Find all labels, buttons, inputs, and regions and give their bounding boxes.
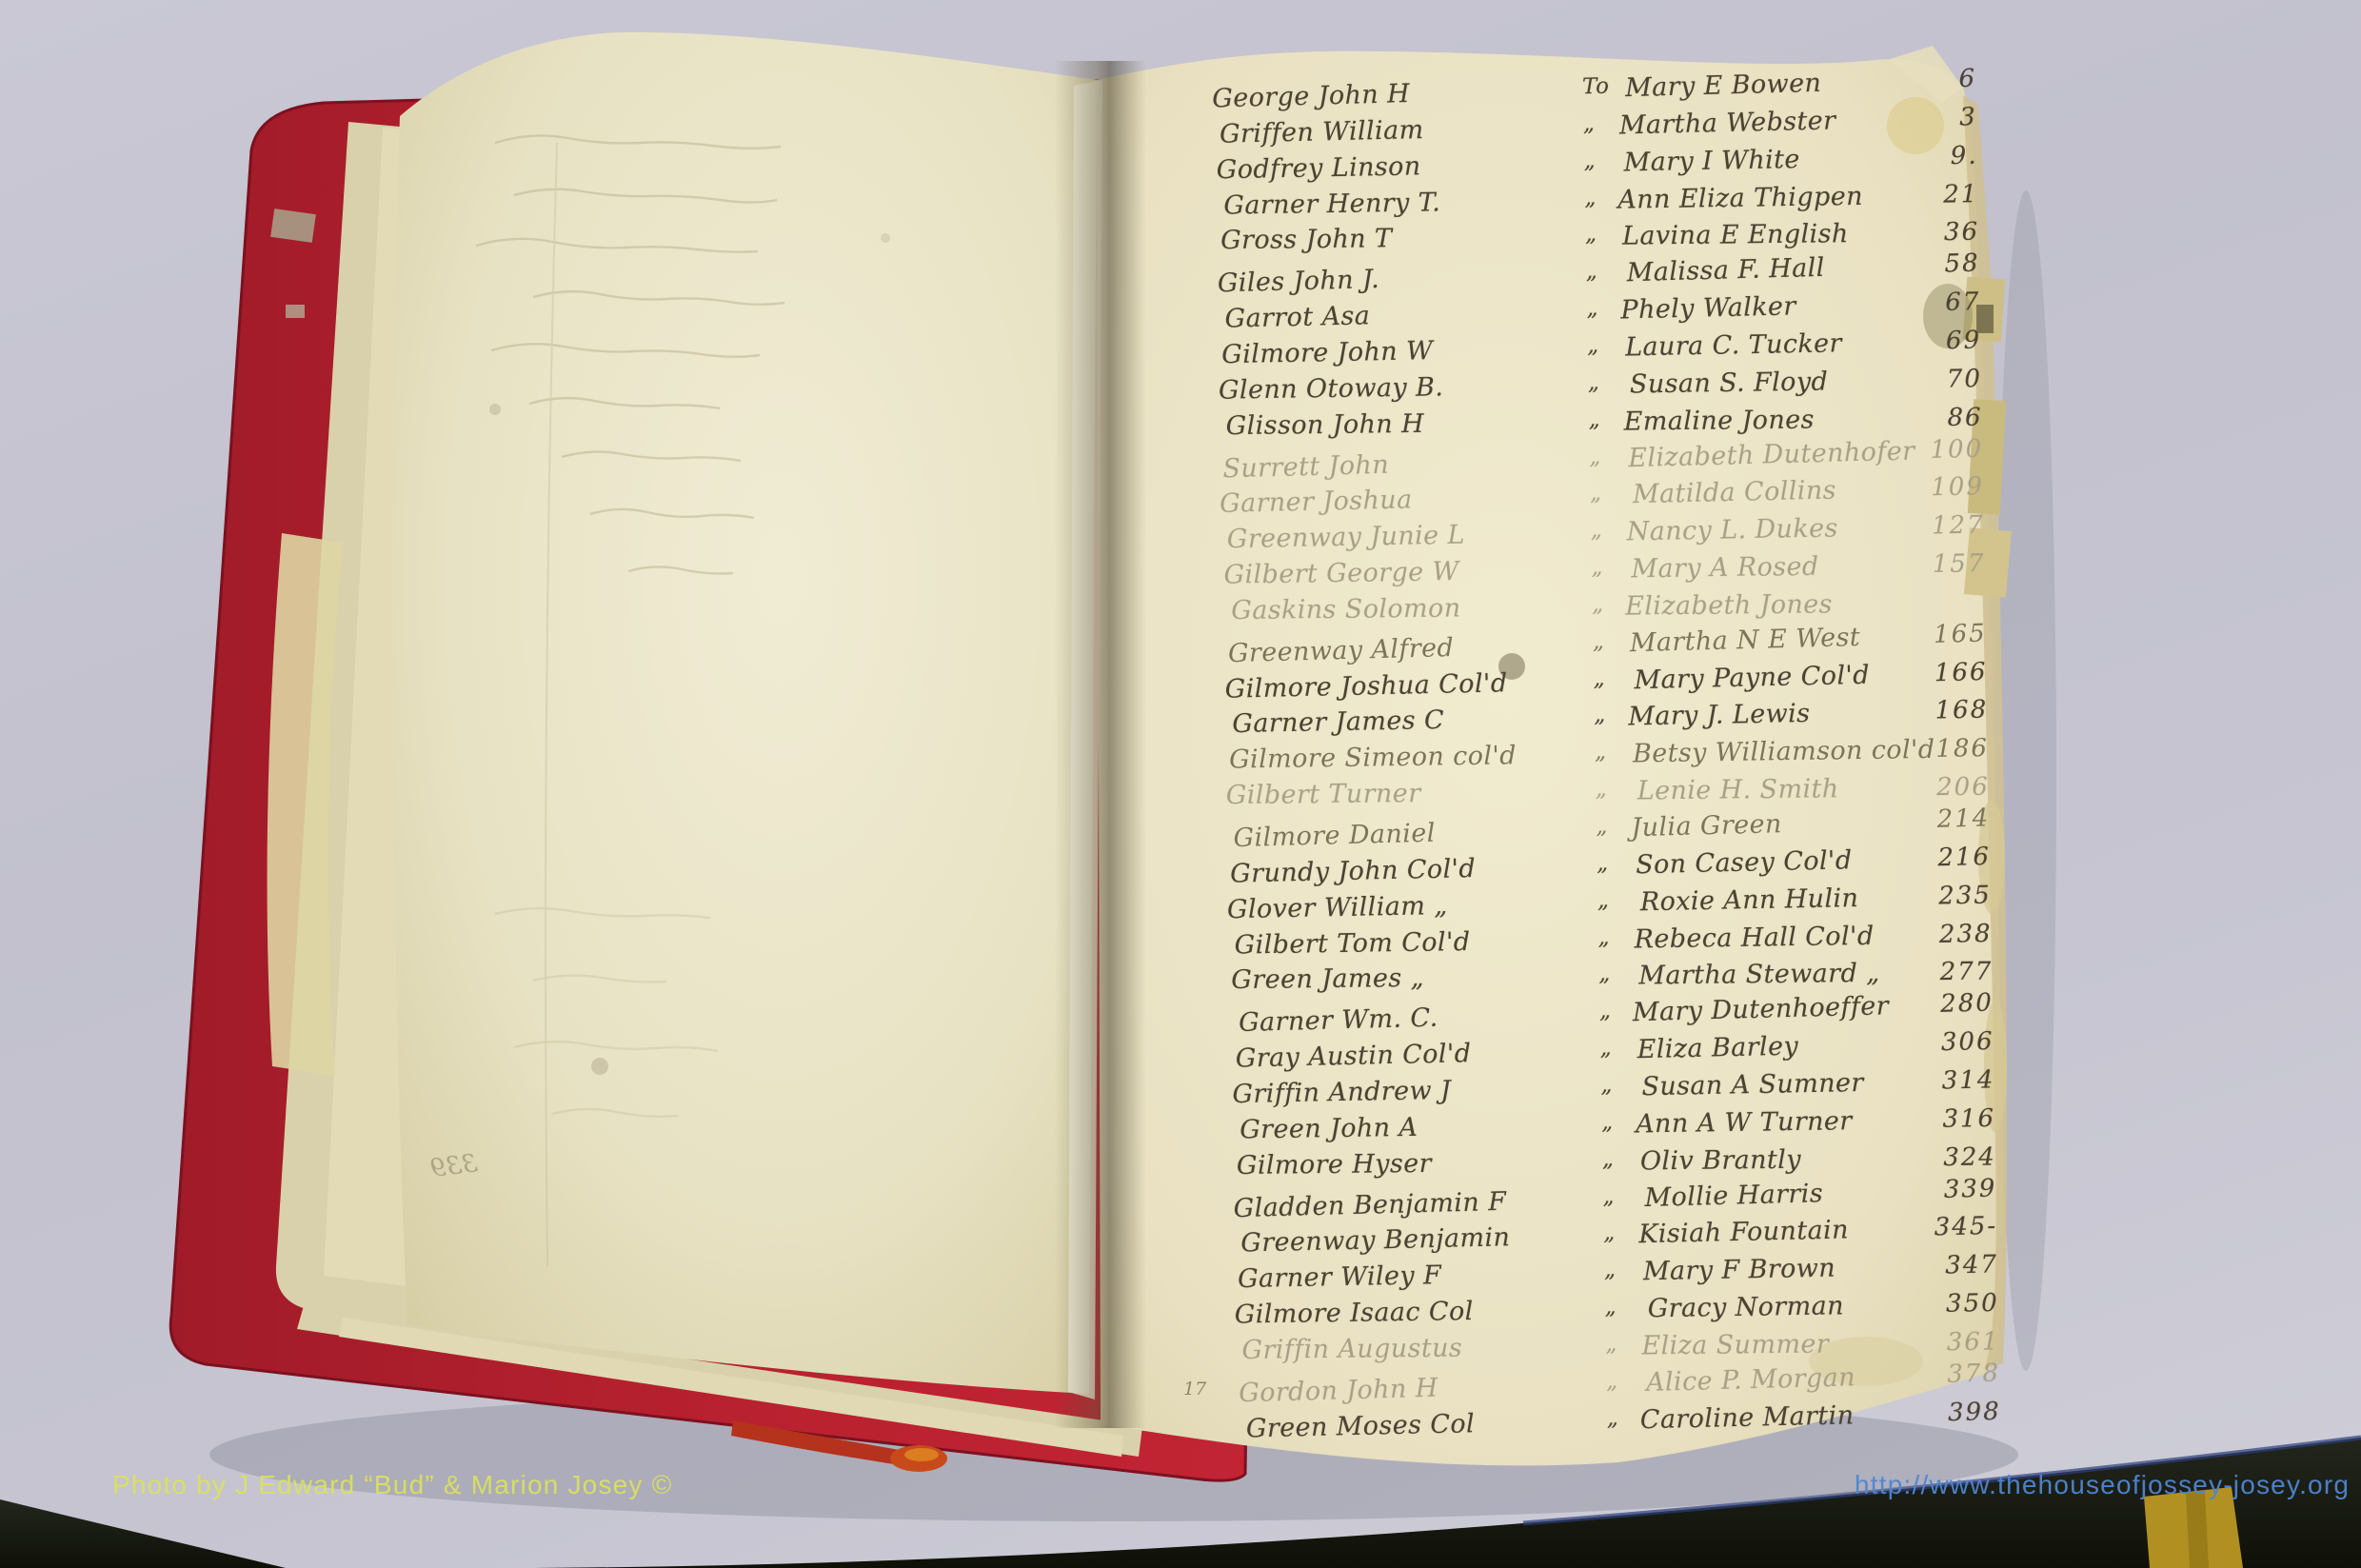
- page-number: 166: [1844, 658, 1988, 689]
- page-number: 70: [1839, 365, 1982, 395]
- ditto-mark: „: [1584, 186, 1597, 210]
- bride-name: Laura C. Tucker: [1625, 328, 1842, 362]
- bride-name: Kisiah Fountain: [1638, 1216, 1849, 1250]
- groom-name: Gilmore Simeon col'd: [1229, 742, 1517, 775]
- ditto-mark: „: [1597, 888, 1610, 913]
- bride-name: Susan A Sumner: [1641, 1068, 1864, 1102]
- ditto-mark: „: [1592, 592, 1604, 617]
- page-number: 306: [1851, 1027, 1994, 1059]
- bride-name: Caroline Martin: [1639, 1400, 1854, 1435]
- ditto-mark: „: [1604, 1295, 1617, 1320]
- groom-name: Glover William „: [1227, 891, 1448, 924]
- page-number: 216: [1848, 843, 1992, 874]
- groom-name: Gray Austin Col'd: [1235, 1039, 1471, 1073]
- bride-name: Oliv Brantly: [1640, 1144, 1801, 1176]
- page-number: 277: [1850, 958, 1993, 988]
- page-number: 36: [1836, 218, 1979, 248]
- ditto-mark: „: [1597, 851, 1609, 876]
- ditto-mark: „: [1599, 999, 1612, 1023]
- groom-name: Gilmore Hyser: [1237, 1148, 1432, 1180]
- bride-name: Lavina E English: [1622, 220, 1849, 252]
- bride-name: Nancy L. Dukes: [1626, 514, 1838, 547]
- page-number: 347: [1855, 1251, 1999, 1282]
- bride-name: Phely Walker: [1620, 291, 1796, 325]
- groom-name: Green John A: [1240, 1113, 1419, 1145]
- groom-name: Glisson John H: [1226, 409, 1425, 441]
- ditto-mark: „: [1591, 555, 1603, 580]
- groom-name: Garner Henry T.: [1223, 188, 1440, 220]
- page-number: 165: [1843, 619, 1987, 651]
- ditto-mark: „: [1596, 814, 1608, 839]
- ditto-mark: „: [1601, 1110, 1614, 1135]
- bride-name: Martha Webster: [1619, 106, 1836, 140]
- ditto-mark: „: [1592, 629, 1604, 654]
- bride-name: Mollie Harris: [1644, 1179, 1823, 1213]
- ditto-mark: „: [1606, 1369, 1618, 1394]
- groom-name: Griffin Andrew J: [1232, 1076, 1451, 1109]
- bride-name: Mary E Bowen: [1625, 69, 1822, 103]
- groom-name: Gilmore Isaac Col: [1235, 1297, 1474, 1330]
- ditto-mark: „: [1600, 1073, 1613, 1098]
- page-number: 339: [1854, 1174, 1997, 1206]
- ditto-mark: „: [1605, 1332, 1617, 1357]
- ditto-mark: „: [1586, 296, 1598, 321]
- ditto-mark: „: [1583, 111, 1596, 136]
- ditto-mark: „: [1583, 149, 1596, 173]
- watermark-photo-credit: Photo by J Edward “Bud” & Marion Josey ©: [112, 1470, 672, 1500]
- bride-name: Son Casey Col'd: [1636, 845, 1853, 880]
- ditto-mark: „: [1603, 1221, 1616, 1245]
- groom-name: Grundy John Col'd: [1230, 854, 1476, 889]
- page-number: 69: [1838, 327, 1982, 358]
- bride-name: Mary J. Lewis: [1628, 699, 1811, 731]
- ditto-mark: „: [1588, 407, 1600, 432]
- page-number: 206: [1847, 773, 1990, 804]
- bride-name: Martha N E West: [1629, 623, 1860, 658]
- tape-remnant: [270, 208, 316, 243]
- left-page: [392, 32, 1097, 1394]
- groom-name: Gilmore Joshua Col'd: [1224, 668, 1507, 705]
- page-number: 127: [1841, 511, 1985, 543]
- ditto-mark: „: [1585, 259, 1597, 284]
- ditto-mark: „: [1606, 1405, 1618, 1430]
- marriage-index-entries: George John HToMary E Bowen6Griffen Will…: [1179, 67, 2042, 1491]
- page-number: 6: [1834, 65, 1977, 97]
- margin-note: 17: [1183, 1379, 1206, 1399]
- groom-name: Gross John T: [1220, 225, 1393, 256]
- page-number: 3: [1835, 103, 1978, 134]
- page-number: 9.: [1835, 141, 1978, 172]
- bride-name: Ann A W Turner: [1636, 1106, 1853, 1139]
- ditto-mark: „: [1604, 1258, 1617, 1282]
- groom-name: Gladden Benjamin F: [1233, 1186, 1506, 1222]
- bride-name: Mary F Brown: [1643, 1254, 1836, 1287]
- page-number: 109: [1841, 472, 1985, 504]
- groom-name: Greenway Junie L: [1227, 521, 1466, 555]
- ditto-mark: „: [1589, 444, 1601, 468]
- gutter-shadow: [1055, 61, 1146, 1428]
- bride-name: Mary I White: [1623, 145, 1800, 177]
- page-number: 350: [1855, 1289, 1998, 1320]
- ditto-mark: „: [1590, 518, 1602, 543]
- page-number: 157: [1842, 549, 1985, 580]
- groom-name: Gilbert Turner: [1226, 779, 1421, 810]
- bride-name: Lenie H. Smith: [1637, 774, 1839, 805]
- groom-name: Griffin Augustus: [1241, 1333, 1462, 1364]
- ditto-mark: „: [1587, 333, 1599, 358]
- groom-name: Garner Wm. C.: [1239, 1003, 1438, 1038]
- page-number: 324: [1854, 1142, 1996, 1173]
- page-number: 168: [1845, 696, 1989, 727]
- bride-name: Susan S. Floyd: [1630, 367, 1829, 399]
- page-number: 21: [1835, 180, 1978, 210]
- ditto-mark: „: [1588, 370, 1600, 395]
- page-number: 86: [1839, 403, 1982, 433]
- ditto-mark: „: [1598, 962, 1611, 986]
- groom-name: Surrett John: [1222, 449, 1389, 484]
- ditto-mark: „: [1585, 222, 1597, 247]
- groom-name: Greenway Benjamin: [1240, 1223, 1511, 1259]
- bride-name: Martha Steward „: [1638, 959, 1880, 991]
- page-number: 58: [1836, 249, 1980, 282]
- page-number: 314: [1852, 1065, 1995, 1097]
- ditto-mark: „: [1602, 1146, 1615, 1171]
- bride-name: Ann Eliza Thigpen: [1617, 181, 1863, 214]
- page-number: 214: [1847, 804, 1991, 836]
- ditto-mark: „: [1602, 1183, 1615, 1208]
- page-number: 67: [1837, 288, 1981, 319]
- bride-name: Rebeca Hall Col'd: [1634, 921, 1874, 954]
- bride-name: Emaline Jones: [1623, 405, 1814, 436]
- ditto-mark: „: [1590, 481, 1602, 506]
- bride-name: Julia Green: [1631, 809, 1782, 843]
- groom-name: Gilbert George W: [1223, 557, 1459, 590]
- page-number: 378: [1857, 1359, 2001, 1391]
- groom-name: Glenn Otoway B.: [1219, 372, 1444, 405]
- bride-name: Mary A Rosed: [1631, 552, 1819, 585]
- bride-name: Eliza Summer: [1641, 1329, 1829, 1360]
- groom-name: Giles John J.: [1217, 265, 1379, 298]
- ditto-mark: „: [1599, 1036, 1612, 1061]
- page-number: 345-: [1855, 1212, 1998, 1243]
- bride-name: Matilda Collins: [1633, 476, 1837, 510]
- bleedthrough-number: 339: [428, 1149, 479, 1183]
- groom-name: Griffen William: [1220, 115, 1424, 149]
- page-number: 235: [1849, 881, 1993, 912]
- page-number: 361: [1856, 1327, 1999, 1358]
- bride-name: Gracy Norman: [1647, 1291, 1844, 1323]
- bride-name: Eliza Barley: [1637, 1032, 1798, 1065]
- groom-name: Gaskins Solomon: [1231, 593, 1461, 625]
- groom-name: Gilmore John W: [1221, 336, 1433, 369]
- groom-name: Gordon John H: [1239, 1373, 1438, 1407]
- page-number: 316: [1853, 1104, 1995, 1135]
- groom-name: Gilbert Tom Col'd: [1234, 927, 1470, 961]
- groom-name: Gilmore Daniel: [1233, 819, 1436, 854]
- ditto-mark: „: [1594, 703, 1606, 727]
- groom-name: Godfrey Linson: [1216, 151, 1420, 185]
- groom-name: George John H: [1212, 79, 1410, 113]
- page-number: 238: [1849, 920, 1992, 950]
- bride-name: Mary Payne Col'd: [1634, 660, 1870, 694]
- groom-name: Garner Wiley F: [1238, 1260, 1442, 1294]
- groom-name: Garner Joshua: [1220, 486, 1413, 519]
- groom-name: Garner James C: [1232, 705, 1444, 739]
- ditto-mark: „: [1593, 666, 1605, 691]
- bride-name: Malissa F. Hall: [1626, 253, 1825, 288]
- groom-name: Green Moses Col: [1246, 1409, 1476, 1443]
- bride-name: Elizabeth Jones: [1625, 589, 1833, 621]
- watermark-url: http://www.thehouseofjossey-josey.org: [1855, 1470, 2350, 1500]
- ditto-mark: „: [1596, 777, 1608, 802]
- groom-name: Greenway Alfred: [1228, 633, 1455, 668]
- page-number: 186: [1846, 734, 1989, 764]
- ditto-mark: To: [1582, 74, 1610, 100]
- page-number: 100: [1840, 434, 1984, 466]
- ditto-mark: „: [1597, 924, 1610, 949]
- page-number: 280: [1850, 989, 1994, 1022]
- ditto-mark: „: [1595, 740, 1607, 764]
- groom-name: Green James „: [1231, 963, 1424, 995]
- page-number: 398: [1857, 1397, 2001, 1428]
- bride-name: Roxie Ann Hulin: [1640, 883, 1859, 917]
- groom-name: Garrot Asa: [1224, 301, 1370, 333]
- bride-name: Alice P. Morgan: [1646, 1362, 1856, 1398]
